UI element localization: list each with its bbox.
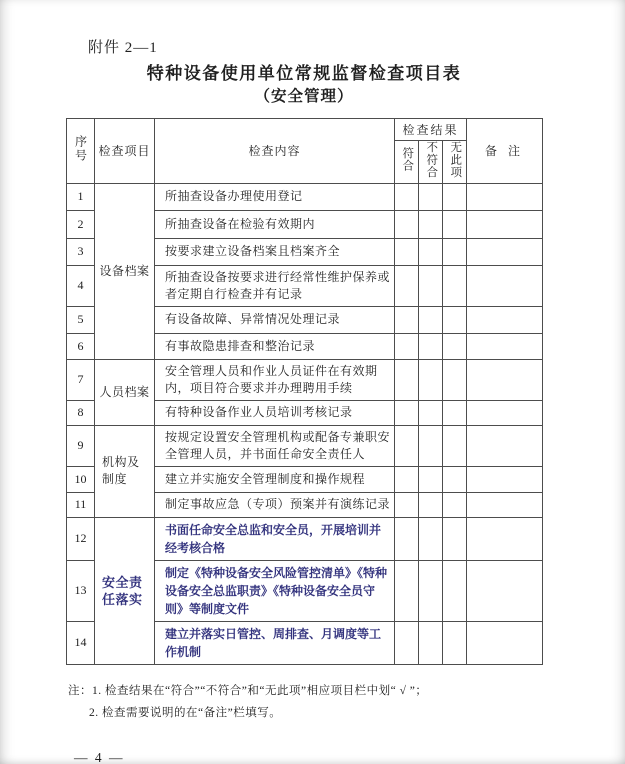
header-item: 检查项目 bbox=[95, 119, 155, 184]
remark-cell bbox=[467, 183, 543, 210]
seq-cell: 3 bbox=[67, 238, 95, 265]
footnote-label: 注： bbox=[68, 680, 92, 702]
seq-cell: 6 bbox=[67, 333, 95, 359]
header-result-conform: 符合 bbox=[395, 141, 419, 184]
table-header-row: 序号 检查项目 检查内容 检查结果 备 注 bbox=[67, 119, 543, 141]
result-conform-cell bbox=[395, 359, 419, 400]
seq-cell: 12 bbox=[67, 517, 95, 560]
remark-cell bbox=[467, 400, 543, 425]
content-cell: 制定事故应急（专项）预案并有演练记录 bbox=[155, 492, 395, 517]
result-none-cell bbox=[443, 183, 467, 210]
header-result-none: 无此项 bbox=[443, 141, 467, 184]
group-cell-org-system: 机构及制度 bbox=[95, 425, 155, 517]
document-page: 附件 2—1 特种设备使用单位常规监督检查项目表 （安全管理） 序号 检查项目 … bbox=[0, 0, 625, 764]
seq-cell: 1 bbox=[67, 183, 95, 210]
content-cell: 建立并落实日管控、周排查、月调度等工作机制 bbox=[155, 621, 395, 664]
content-cell: 书面任命安全总监和安全员，开展培训并经考核合格 bbox=[155, 517, 395, 560]
inspection-table: 序号 检查项目 检查内容 检查结果 备 注 符合 不符合 无此项 1 设备档案 … bbox=[66, 118, 543, 665]
seq-cell: 2 bbox=[67, 210, 95, 238]
header-result-nonconform: 不符合 bbox=[419, 141, 443, 184]
remark-cell bbox=[467, 306, 543, 333]
attachment-label: 附件 2—1 bbox=[88, 36, 625, 57]
result-none-cell bbox=[443, 210, 467, 238]
seq-cell: 10 bbox=[67, 466, 95, 492]
remark-cell bbox=[467, 238, 543, 265]
result-nonconform-cell bbox=[419, 183, 443, 210]
footnote-text: 1. 检查结果在“符合”“不符合”和“无此项”相应项目栏中划“ √ ”； bbox=[92, 680, 427, 702]
result-conform-cell bbox=[395, 621, 419, 664]
content-cell: 有特种设备作业人员培训考核记录 bbox=[155, 400, 395, 425]
result-none-cell bbox=[443, 621, 467, 664]
footnote-text: 2. 检查需要说明的在“备注”栏填写。 bbox=[89, 702, 281, 724]
result-conform-cell bbox=[395, 238, 419, 265]
result-none-cell bbox=[443, 466, 467, 492]
result-none-cell bbox=[443, 238, 467, 265]
document-header: 特种设备使用单位常规监督检查项目表 （安全管理） bbox=[66, 63, 542, 107]
result-conform-cell bbox=[395, 210, 419, 238]
remark-cell bbox=[467, 492, 543, 517]
remark-cell bbox=[467, 265, 543, 306]
footnotes: 注： 1. 检查结果在“符合”“不符合”和“无此项”相应项目栏中划“ √ ”； … bbox=[68, 680, 625, 724]
header-content: 检查内容 bbox=[155, 119, 395, 184]
seq-cell: 4 bbox=[67, 265, 95, 306]
page-subtitle: （安全管理） bbox=[66, 86, 542, 107]
result-conform-cell bbox=[395, 183, 419, 210]
footnote-line: 2. 检查需要说明的在“备注”栏填写。 bbox=[68, 702, 625, 724]
result-nonconform-cell bbox=[419, 621, 443, 664]
result-nonconform-cell bbox=[419, 560, 443, 621]
content-cell: 所抽查设备在检验有效期内 bbox=[155, 210, 395, 238]
remark-cell bbox=[467, 333, 543, 359]
footnote-line: 注： 1. 检查结果在“符合”“不符合”和“无此项”相应项目栏中划“ √ ”； bbox=[68, 680, 625, 702]
content-cell: 按规定设置安全管理机构或配备专兼职安全管理人员，并书面任命安全责任人 bbox=[155, 425, 395, 466]
result-nonconform-cell bbox=[419, 333, 443, 359]
remark-cell bbox=[467, 359, 543, 400]
result-nonconform-cell bbox=[419, 517, 443, 560]
remark-cell bbox=[467, 425, 543, 466]
result-conform-cell bbox=[395, 306, 419, 333]
result-none-cell bbox=[443, 492, 467, 517]
header-remark: 备 注 bbox=[467, 119, 543, 184]
result-nonconform-cell bbox=[419, 306, 443, 333]
content-cell: 所抽查设备按要求进行经常性维护保养或者定期自行检查并有记录 bbox=[155, 265, 395, 306]
group-cell-safety-responsibility: 安全责任落实 bbox=[95, 517, 155, 664]
result-conform-cell bbox=[395, 333, 419, 359]
result-none-cell bbox=[443, 359, 467, 400]
group-cell-equipment-archive: 设备档案 bbox=[95, 183, 155, 359]
group-cell-personnel-archive: 人员档案 bbox=[95, 359, 155, 425]
seq-cell: 5 bbox=[67, 306, 95, 333]
table-row: 9 机构及制度 按规定设置安全管理机构或配备专兼职安全管理人员，并书面任命安全责… bbox=[67, 425, 543, 466]
table-row: 12 安全责任落实 书面任命安全总监和安全员，开展培训并经考核合格 bbox=[67, 517, 543, 560]
result-conform-cell bbox=[395, 265, 419, 306]
remark-cell bbox=[467, 517, 543, 560]
header-result-none-label: 无此项 bbox=[449, 141, 461, 179]
result-none-cell bbox=[443, 517, 467, 560]
remark-cell bbox=[467, 621, 543, 664]
result-conform-cell bbox=[395, 492, 419, 517]
content-cell: 建立并实施安全管理制度和操作规程 bbox=[155, 466, 395, 492]
page-title: 特种设备使用单位常规监督检查项目表 bbox=[66, 63, 542, 85]
content-cell: 安全管理人员和作业人员证件在有效期内，项目符合要求并办理聘用手续 bbox=[155, 359, 395, 400]
result-none-cell bbox=[443, 400, 467, 425]
remark-cell bbox=[467, 466, 543, 492]
result-none-cell bbox=[443, 333, 467, 359]
seq-cell: 11 bbox=[67, 492, 95, 517]
header-result: 检查结果 bbox=[395, 119, 467, 141]
table-row: 7 人员档案 安全管理人员和作业人员证件在有效期内，项目符合要求并办理聘用手续 bbox=[67, 359, 543, 400]
remark-cell bbox=[467, 560, 543, 621]
result-nonconform-cell bbox=[419, 359, 443, 400]
result-nonconform-cell bbox=[419, 265, 443, 306]
result-conform-cell bbox=[395, 517, 419, 560]
seq-cell: 7 bbox=[67, 359, 95, 400]
result-nonconform-cell bbox=[419, 425, 443, 466]
result-none-cell bbox=[443, 425, 467, 466]
content-cell: 按要求建立设备档案且档案齐全 bbox=[155, 238, 395, 265]
result-none-cell bbox=[443, 306, 467, 333]
result-nonconform-cell bbox=[419, 466, 443, 492]
result-conform-cell bbox=[395, 466, 419, 492]
result-nonconform-cell bbox=[419, 238, 443, 265]
result-nonconform-cell bbox=[419, 400, 443, 425]
page-number: — 4 — bbox=[74, 750, 625, 764]
result-none-cell bbox=[443, 560, 467, 621]
seq-cell: 14 bbox=[67, 621, 95, 664]
result-conform-cell bbox=[395, 425, 419, 466]
result-conform-cell bbox=[395, 560, 419, 621]
content-cell: 所抽查设备办理使用登记 bbox=[155, 183, 395, 210]
content-cell: 有事故隐患排查和整治记录 bbox=[155, 333, 395, 359]
header-seq: 序号 bbox=[67, 119, 95, 184]
seq-cell: 8 bbox=[67, 400, 95, 425]
result-conform-cell bbox=[395, 400, 419, 425]
content-cell: 有设备故障、异常情况处理记录 bbox=[155, 306, 395, 333]
result-nonconform-cell bbox=[419, 492, 443, 517]
footnote-spacer bbox=[68, 702, 89, 724]
header-seq-label: 序号 bbox=[75, 135, 87, 163]
result-nonconform-cell bbox=[419, 210, 443, 238]
content-cell: 制定《特种设备安全风险管控清单》《特种设备安全总监职责》《特种设备安全员守则》等… bbox=[155, 560, 395, 621]
table-row: 1 设备档案 所抽查设备办理使用登记 bbox=[67, 183, 543, 210]
seq-cell: 13 bbox=[67, 560, 95, 621]
result-none-cell bbox=[443, 265, 467, 306]
header-result-nonconform-label: 不符合 bbox=[425, 141, 437, 179]
remark-cell bbox=[467, 210, 543, 238]
header-result-conform-label: 符合 bbox=[401, 147, 413, 172]
seq-cell: 9 bbox=[67, 425, 95, 466]
